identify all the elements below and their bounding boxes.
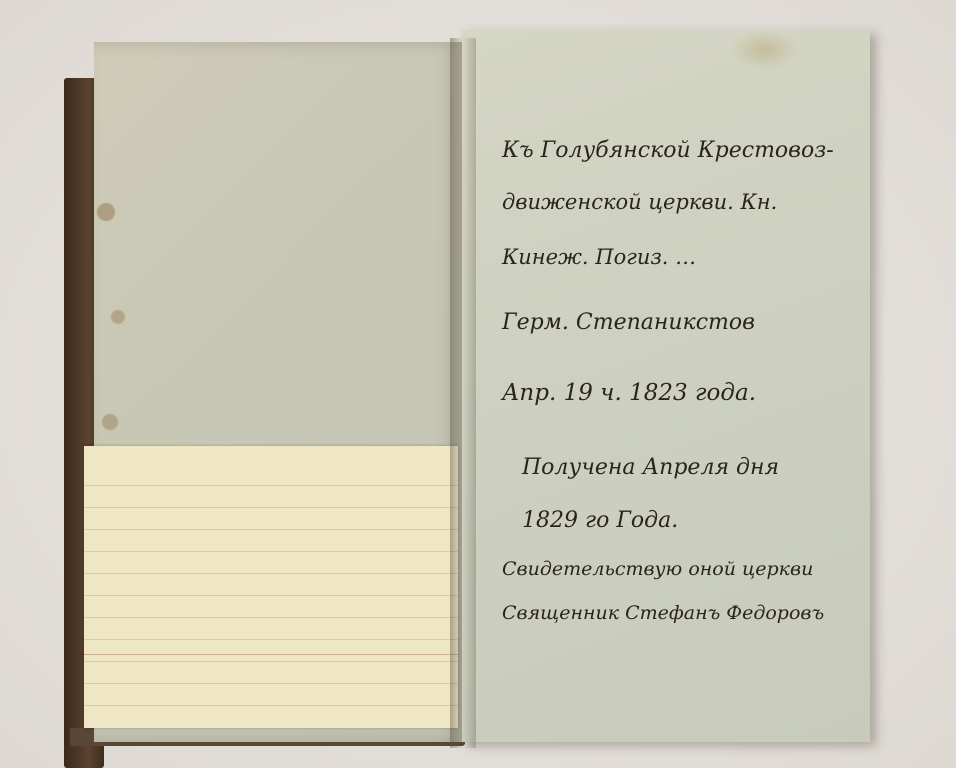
inscription-line-5: Апр. 19 ч. 1823 года. (502, 380, 756, 406)
inscription-line-7: 1829 го Года. (522, 508, 678, 533)
inscription-line-8: Свидетельствую оной церкви (502, 558, 813, 580)
open-book: Къ Голубянской Крестовоз- движенской цер… (60, 28, 880, 750)
inscription-line-4: Герм. Степаникстов (502, 310, 755, 335)
ruled-lines (84, 464, 458, 718)
red-line (84, 654, 458, 655)
inscription-line-6: Получена Апреля дня (522, 455, 779, 480)
inscription-line-1: Къ Голубянской Крестовоз- (502, 138, 834, 163)
paper-pocket (84, 446, 458, 728)
inscription-line-3: Кинеж. Погиз. … (502, 245, 696, 269)
right-page: Къ Голубянской Крестовоз- движенской цер… (462, 30, 870, 742)
inscription-line-2: движенской церкви. Кн. (502, 190, 777, 214)
book-gutter (450, 38, 476, 748)
inscription-line-9: Священник Стефанъ Федоровъ (502, 602, 824, 624)
water-stain (730, 30, 800, 70)
